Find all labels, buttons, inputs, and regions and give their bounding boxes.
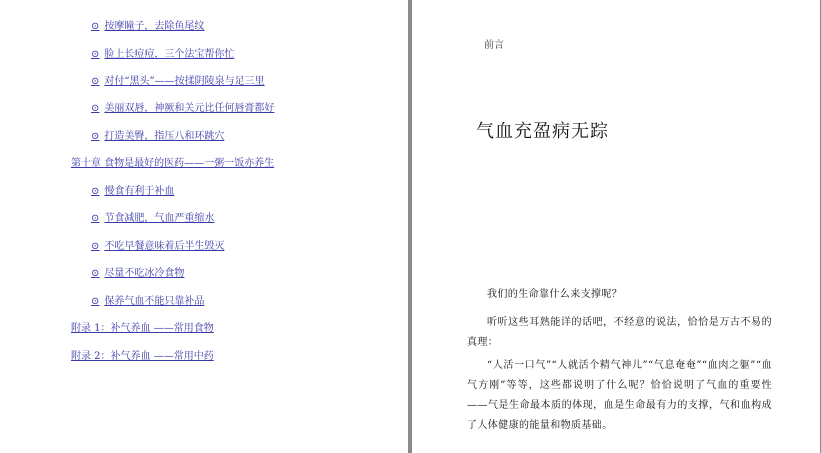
bullet-circle-icon: ⊙ xyxy=(91,49,99,60)
bullet-circle-icon: ⊙ xyxy=(91,131,99,142)
bullet-circle-icon: ⊙ xyxy=(91,213,99,224)
bullet-circle-icon: ⊙ xyxy=(91,103,99,114)
paragraph: “人活一口气”“人就活个精气神儿”“气息奄奄”“血肉之躯”“血气方刚”等等，这些… xyxy=(467,356,772,436)
toc-link[interactable]: 附录 2：补气养血 ——常用中药 xyxy=(71,351,214,363)
toc-link-label: 第十章 食物是最好的医药——一粥一饭亦养生 xyxy=(71,158,274,169)
toc-link-label: 附录 2：补气养血 ——常用中药 xyxy=(71,351,214,362)
toc-link[interactable]: ⊙保养气血不能只靠补品 xyxy=(91,296,204,308)
bullet-circle-icon: ⊙ xyxy=(91,186,99,197)
toc-link-label: 尽量不吃冰冷食物 xyxy=(104,268,184,279)
toc-link-label: 慢食有利于补血 xyxy=(104,186,174,197)
toc-link-label: 按摩瞳子，去除鱼尾纹 xyxy=(104,21,204,32)
toc-link[interactable]: ⊙对付“黑头”——按揉阴陵泉与足三里 xyxy=(91,76,265,88)
toc-link-label: 节食减肥，气血严重缩水 xyxy=(104,213,214,224)
toc-link[interactable]: ⊙美丽双唇，神厥和关元比任何唇膏都好 xyxy=(91,103,274,115)
toc-link[interactable]: ⊙慢食有利于补血 xyxy=(91,186,174,198)
toc-link-label: 美丽双唇，神厥和关元比任何唇膏都好 xyxy=(104,103,274,114)
paragraph: 听听这些耳熟能详的话吧，不经意的说法，恰恰是万古不易的真理： xyxy=(467,313,772,353)
bullet-circle-icon: ⊙ xyxy=(91,296,99,307)
toc-link[interactable]: ⊙尽量不吃冰冷食物 xyxy=(91,268,184,280)
left-page: ⊙按摩瞳子，去除鱼尾纹⊙脸上长痘痘，三个法宝帮你忙⊙对付“黑头”——按揉阴陵泉与… xyxy=(0,0,408,453)
bullet-circle-icon: ⊙ xyxy=(91,21,99,32)
chapter-title: 气血充盈病无踪 xyxy=(476,117,609,143)
paragraph: 我们的生命靠什么来支撑呢？ xyxy=(467,285,772,305)
toc-link[interactable]: ⊙脸上长痘痘，三个法宝帮你忙 xyxy=(91,49,234,61)
toc-link[interactable]: ⊙节食减肥，气血严重缩水 xyxy=(91,213,214,225)
toc-link[interactable]: 第十章 食物是最好的医药——一粥一饭亦养生 xyxy=(71,158,274,170)
toc-link-label: 对付“黑头”——按揉阴陵泉与足三里 xyxy=(104,76,264,87)
bullet-circle-icon: ⊙ xyxy=(91,268,99,279)
toc-link[interactable]: 附录 1：补气养血 ——常用食物 xyxy=(71,323,214,335)
bullet-circle-icon: ⊙ xyxy=(91,241,99,252)
toc-link-label: 不吃早餐意味着后半生毁灭 xyxy=(104,241,224,252)
toc-link[interactable]: ⊙按摩瞳子，去除鱼尾纹 xyxy=(91,21,204,33)
toc-link[interactable]: ⊙不吃早餐意味着后半生毁灭 xyxy=(91,241,224,253)
toc-link-label: 附录 1：补气养血 ——常用食物 xyxy=(71,323,214,334)
toc-link-label: 打造美臀，指压八和环跳穴 xyxy=(104,131,224,142)
toc-link-label: 保养气血不能只靠补品 xyxy=(104,296,204,307)
toc-link-label: 脸上长痘痘，三个法宝帮你忙 xyxy=(104,49,234,60)
toc-link[interactable]: ⊙打造美臀，指压八和环跳穴 xyxy=(91,131,224,143)
bullet-circle-icon: ⊙ xyxy=(91,76,99,87)
section-header: 前言 xyxy=(484,36,504,51)
